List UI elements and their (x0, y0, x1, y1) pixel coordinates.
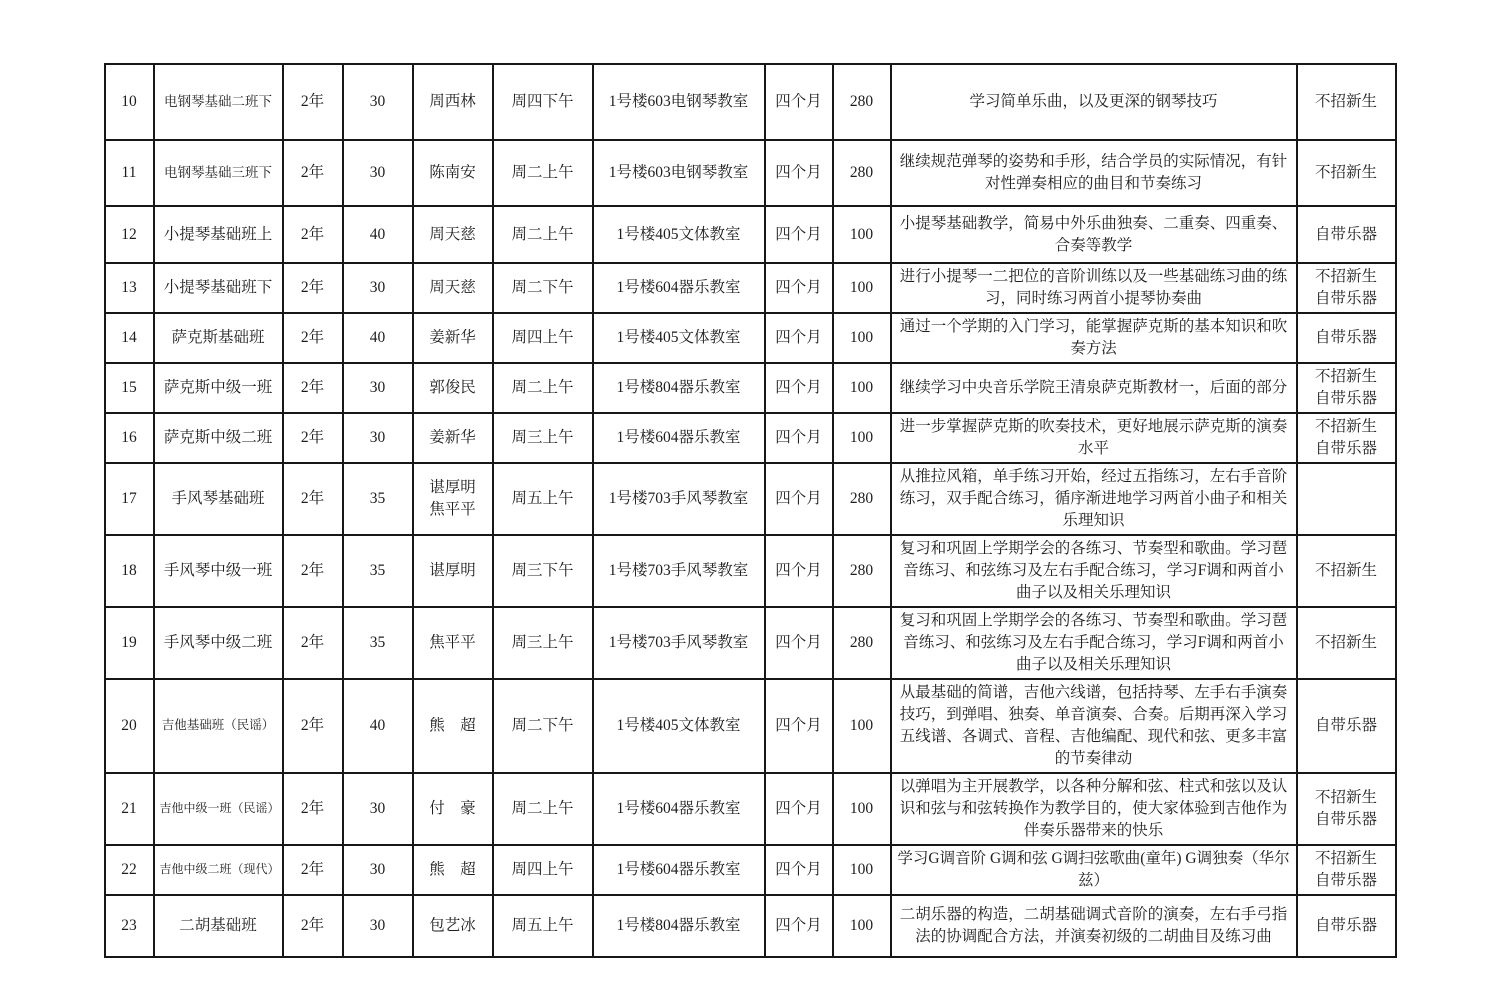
cell-name: 手风琴中级二班 (154, 607, 283, 679)
cell-description: 复习和巩固上学期学会的各练习、节奏型和歌曲。学习琶音练习、和弦练习及左右手配合练… (891, 607, 1297, 679)
cell-name: 电钢琴基础三班下 (154, 140, 283, 206)
cell-note: 自带乐器 (1297, 313, 1396, 363)
cell-teacher: 陈南安 (413, 140, 493, 206)
cell-years: 2年 (283, 607, 343, 679)
cell-description: 继续学习中央音乐学院王清泉萨克斯教材一，后面的部分 (891, 363, 1297, 413)
cell-name: 手风琴基础班 (154, 463, 283, 535)
cell-months: 四个月 (765, 895, 833, 957)
cell-num: 16 (105, 413, 154, 463)
cell-months: 四个月 (765, 413, 833, 463)
cell-capacity: 30 (343, 64, 413, 140)
cell-years: 2年 (283, 773, 343, 845)
cell-num: 17 (105, 463, 154, 535)
cell-note: 不招新生 (1297, 607, 1396, 679)
cell-teacher: 周西林 (413, 64, 493, 140)
cell-note: 自带乐器 (1297, 206, 1396, 263)
cell-months: 四个月 (765, 845, 833, 895)
cell-location: 1号楼604器乐教室 (593, 845, 765, 895)
cell-time: 周四上午 (493, 845, 593, 895)
cell-num: 12 (105, 206, 154, 263)
table-row: 14萨克斯基础班2年40姜新华周四上午1号楼405文体教室四个月100通过一个学… (105, 313, 1396, 363)
cell-note: 自带乐器 (1297, 679, 1396, 773)
cell-fee: 280 (833, 607, 891, 679)
cell-capacity: 30 (343, 413, 413, 463)
table-row: 17手风琴基础班2年35谌厚明 焦平平周五上午1号楼703手风琴教室四个月280… (105, 463, 1396, 535)
table-row: 13小提琴基础班下2年30周天慈周二下午1号楼604器乐教室四个月100进行小提… (105, 263, 1396, 313)
cell-time: 周二上午 (493, 206, 593, 263)
cell-teacher: 付 豪 (413, 773, 493, 845)
cell-num: 20 (105, 679, 154, 773)
cell-time: 周三上午 (493, 413, 593, 463)
cell-time: 周四下午 (493, 64, 593, 140)
cell-description: 进行小提琴一二把位的音阶训练以及一些基础练习曲的练习，同时练习两首小提琴协奏曲 (891, 263, 1297, 313)
cell-capacity: 40 (343, 679, 413, 773)
cell-teacher: 包艺冰 (413, 895, 493, 957)
document-page: 10电钢琴基础二班下2年30周西林周四下午1号楼603电钢琴教室四个月280学习… (0, 0, 1500, 999)
cell-num: 21 (105, 773, 154, 845)
cell-time: 周四上午 (493, 313, 593, 363)
table-row: 10电钢琴基础二班下2年30周西林周四下午1号楼603电钢琴教室四个月280学习… (105, 64, 1396, 140)
cell-description: 从最基础的简谱，吉他六线谱，包括持琴、左手右手演奏技巧，到弹唱、独奏、单音演奏、… (891, 679, 1297, 773)
cell-note (1297, 463, 1396, 535)
cell-fee: 100 (833, 263, 891, 313)
cell-capacity: 30 (343, 363, 413, 413)
cell-location: 1号楼405文体教室 (593, 679, 765, 773)
cell-description: 学习G调音阶 G调和弦 G调扫弦歌曲(童年) G调独奏（华尔兹） (891, 845, 1297, 895)
cell-note: 不招新生 (1297, 535, 1396, 607)
cell-months: 四个月 (765, 463, 833, 535)
cell-time: 周二上午 (493, 773, 593, 845)
cell-num: 13 (105, 263, 154, 313)
cell-capacity: 40 (343, 313, 413, 363)
cell-years: 2年 (283, 845, 343, 895)
cell-teacher: 周天慈 (413, 206, 493, 263)
table-row: 15萨克斯中级一班2年30郭俊民周二上午1号楼804器乐教室四个月100继续学习… (105, 363, 1396, 413)
cell-months: 四个月 (765, 263, 833, 313)
table-row: 18手风琴中级一班2年35谌厚明周三下午1号楼703手风琴教室四个月280复习和… (105, 535, 1396, 607)
cell-teacher: 谌厚明 焦平平 (413, 463, 493, 535)
table-row: 11电钢琴基础三班下2年30陈南安周二上午1号楼603电钢琴教室四个月280继续… (105, 140, 1396, 206)
cell-location: 1号楼703手风琴教室 (593, 463, 765, 535)
cell-name: 萨克斯中级一班 (154, 363, 283, 413)
cell-teacher: 姜新华 (413, 313, 493, 363)
table-row: 22吉他中级二班（现代）2年30熊 超周四上午1号楼604器乐教室四个月100学… (105, 845, 1396, 895)
cell-name: 吉他基础班（民谣） (154, 679, 283, 773)
cell-time: 周三上午 (493, 607, 593, 679)
cell-months: 四个月 (765, 64, 833, 140)
cell-description: 进一步掌握萨克斯的吹奏技术，更好地展示萨克斯的演奏水平 (891, 413, 1297, 463)
cell-years: 2年 (283, 64, 343, 140)
cell-months: 四个月 (765, 679, 833, 773)
cell-fee: 100 (833, 206, 891, 263)
cell-teacher: 熊 超 (413, 679, 493, 773)
cell-capacity: 30 (343, 263, 413, 313)
cell-name: 小提琴基础班上 (154, 206, 283, 263)
cell-note: 不招新生 自带乐器 (1297, 845, 1396, 895)
cell-description: 以弹唱为主开展教学，以各种分解和弦、柱式和弦以及认识和弦与和弦转换作为教学目的，… (891, 773, 1297, 845)
cell-years: 2年 (283, 679, 343, 773)
cell-description: 学习简单乐曲，以及更深的钢琴技巧 (891, 64, 1297, 140)
cell-months: 四个月 (765, 363, 833, 413)
cell-note: 不招新生 自带乐器 (1297, 363, 1396, 413)
cell-months: 四个月 (765, 607, 833, 679)
cell-name: 电钢琴基础二班下 (154, 64, 283, 140)
cell-capacity: 30 (343, 895, 413, 957)
cell-fee: 100 (833, 413, 891, 463)
cell-time: 周二上午 (493, 140, 593, 206)
cell-capacity: 35 (343, 535, 413, 607)
cell-name: 小提琴基础班下 (154, 263, 283, 313)
cell-note: 不招新生 自带乐器 (1297, 773, 1396, 845)
cell-num: 18 (105, 535, 154, 607)
cell-teacher: 焦平平 (413, 607, 493, 679)
cell-months: 四个月 (765, 773, 833, 845)
cell-fee: 100 (833, 845, 891, 895)
cell-teacher: 郭俊民 (413, 363, 493, 413)
table-row: 21吉他中级一班（民谣）2年30付 豪周二上午1号楼604器乐教室四个月100以… (105, 773, 1396, 845)
cell-years: 2年 (283, 895, 343, 957)
cell-capacity: 35 (343, 607, 413, 679)
cell-description: 通过一个学期的入门学习，能掌握萨克斯的基本知识和吹奏方法 (891, 313, 1297, 363)
cell-capacity: 35 (343, 463, 413, 535)
cell-name: 二胡基础班 (154, 895, 283, 957)
cell-num: 14 (105, 313, 154, 363)
cell-years: 2年 (283, 535, 343, 607)
cell-location: 1号楼804器乐教室 (593, 895, 765, 957)
cell-time: 周五上午 (493, 895, 593, 957)
cell-months: 四个月 (765, 313, 833, 363)
cell-time: 周二下午 (493, 679, 593, 773)
cell-num: 23 (105, 895, 154, 957)
table-row: 16萨克斯中级二班2年30姜新华周三上午1号楼604器乐教室四个月100进一步掌… (105, 413, 1396, 463)
cell-description: 继续规范弹琴的姿势和手形，结合学员的实际情况，有针对性弹奏相应的曲目和节奏练习 (891, 140, 1297, 206)
cell-teacher: 周天慈 (413, 263, 493, 313)
cell-time: 周三下午 (493, 535, 593, 607)
cell-capacity: 30 (343, 845, 413, 895)
cell-description: 复习和巩固上学期学会的各练习、节奏型和歌曲。学习琶音练习、和弦练习及左右手配合练… (891, 535, 1297, 607)
cell-note: 自带乐器 (1297, 895, 1396, 957)
cell-years: 2年 (283, 463, 343, 535)
cell-time: 周二下午 (493, 263, 593, 313)
cell-location: 1号楼703手风琴教室 (593, 535, 765, 607)
cell-location: 1号楼405文体教室 (593, 313, 765, 363)
cell-time: 周五上午 (493, 463, 593, 535)
cell-fee: 280 (833, 64, 891, 140)
cell-fee: 280 (833, 140, 891, 206)
cell-name: 萨克斯基础班 (154, 313, 283, 363)
course-table: 10电钢琴基础二班下2年30周西林周四下午1号楼603电钢琴教室四个月280学习… (104, 63, 1397, 958)
cell-location: 1号楼604器乐教室 (593, 263, 765, 313)
cell-fee: 280 (833, 535, 891, 607)
cell-description: 二胡乐器的构造，二胡基础调式音阶的演奏，左右手弓指法的协调配合方法，并演奏初级的… (891, 895, 1297, 957)
cell-months: 四个月 (765, 206, 833, 263)
cell-name: 手风琴中级一班 (154, 535, 283, 607)
cell-location: 1号楼603电钢琴教室 (593, 140, 765, 206)
cell-teacher: 谌厚明 (413, 535, 493, 607)
cell-months: 四个月 (765, 535, 833, 607)
cell-years: 2年 (283, 263, 343, 313)
table-row: 19手风琴中级二班2年35焦平平周三上午1号楼703手风琴教室四个月280复习和… (105, 607, 1396, 679)
cell-location: 1号楼405文体教室 (593, 206, 765, 263)
cell-fee: 100 (833, 313, 891, 363)
cell-time: 周二上午 (493, 363, 593, 413)
table-row: 12小提琴基础班上2年40周天慈周二上午1号楼405文体教室四个月100小提琴基… (105, 206, 1396, 263)
cell-note: 不招新生 (1297, 64, 1396, 140)
table-row: 23二胡基础班2年30包艺冰周五上午1号楼804器乐教室四个月100二胡乐器的构… (105, 895, 1396, 957)
cell-name: 吉他中级一班（民谣） (154, 773, 283, 845)
cell-fee: 100 (833, 679, 891, 773)
cell-num: 10 (105, 64, 154, 140)
cell-name: 吉他中级二班（现代） (154, 845, 283, 895)
cell-teacher: 姜新华 (413, 413, 493, 463)
cell-note: 不招新生 自带乐器 (1297, 413, 1396, 463)
cell-location: 1号楼604器乐教室 (593, 413, 765, 463)
cell-num: 15 (105, 363, 154, 413)
cell-fee: 100 (833, 895, 891, 957)
cell-fee: 100 (833, 773, 891, 845)
cell-years: 2年 (283, 363, 343, 413)
table-row: 20吉他基础班（民谣）2年40熊 超周二下午1号楼405文体教室四个月100从最… (105, 679, 1396, 773)
cell-location: 1号楼603电钢琴教室 (593, 64, 765, 140)
cell-num: 19 (105, 607, 154, 679)
cell-capacity: 40 (343, 206, 413, 263)
cell-years: 2年 (283, 140, 343, 206)
cell-note: 不招新生 (1297, 140, 1396, 206)
cell-capacity: 30 (343, 773, 413, 845)
cell-fee: 100 (833, 363, 891, 413)
cell-num: 11 (105, 140, 154, 206)
cell-years: 2年 (283, 206, 343, 263)
cell-fee: 280 (833, 463, 891, 535)
cell-description: 从推拉风箱，单手练习开始，经过五指练习，左右手音阶练习，双手配合练习，循序渐进地… (891, 463, 1297, 535)
cell-note: 不招新生 自带乐器 (1297, 263, 1396, 313)
cell-num: 22 (105, 845, 154, 895)
cell-years: 2年 (283, 313, 343, 363)
cell-location: 1号楼604器乐教室 (593, 773, 765, 845)
cell-years: 2年 (283, 413, 343, 463)
cell-months: 四个月 (765, 140, 833, 206)
cell-name: 萨克斯中级二班 (154, 413, 283, 463)
cell-location: 1号楼804器乐教室 (593, 363, 765, 413)
cell-teacher: 熊 超 (413, 845, 493, 895)
cell-description: 小提琴基础教学，简易中外乐曲独奏、二重奏、四重奏、合奏等教学 (891, 206, 1297, 263)
cell-location: 1号楼703手风琴教室 (593, 607, 765, 679)
cell-capacity: 30 (343, 140, 413, 206)
